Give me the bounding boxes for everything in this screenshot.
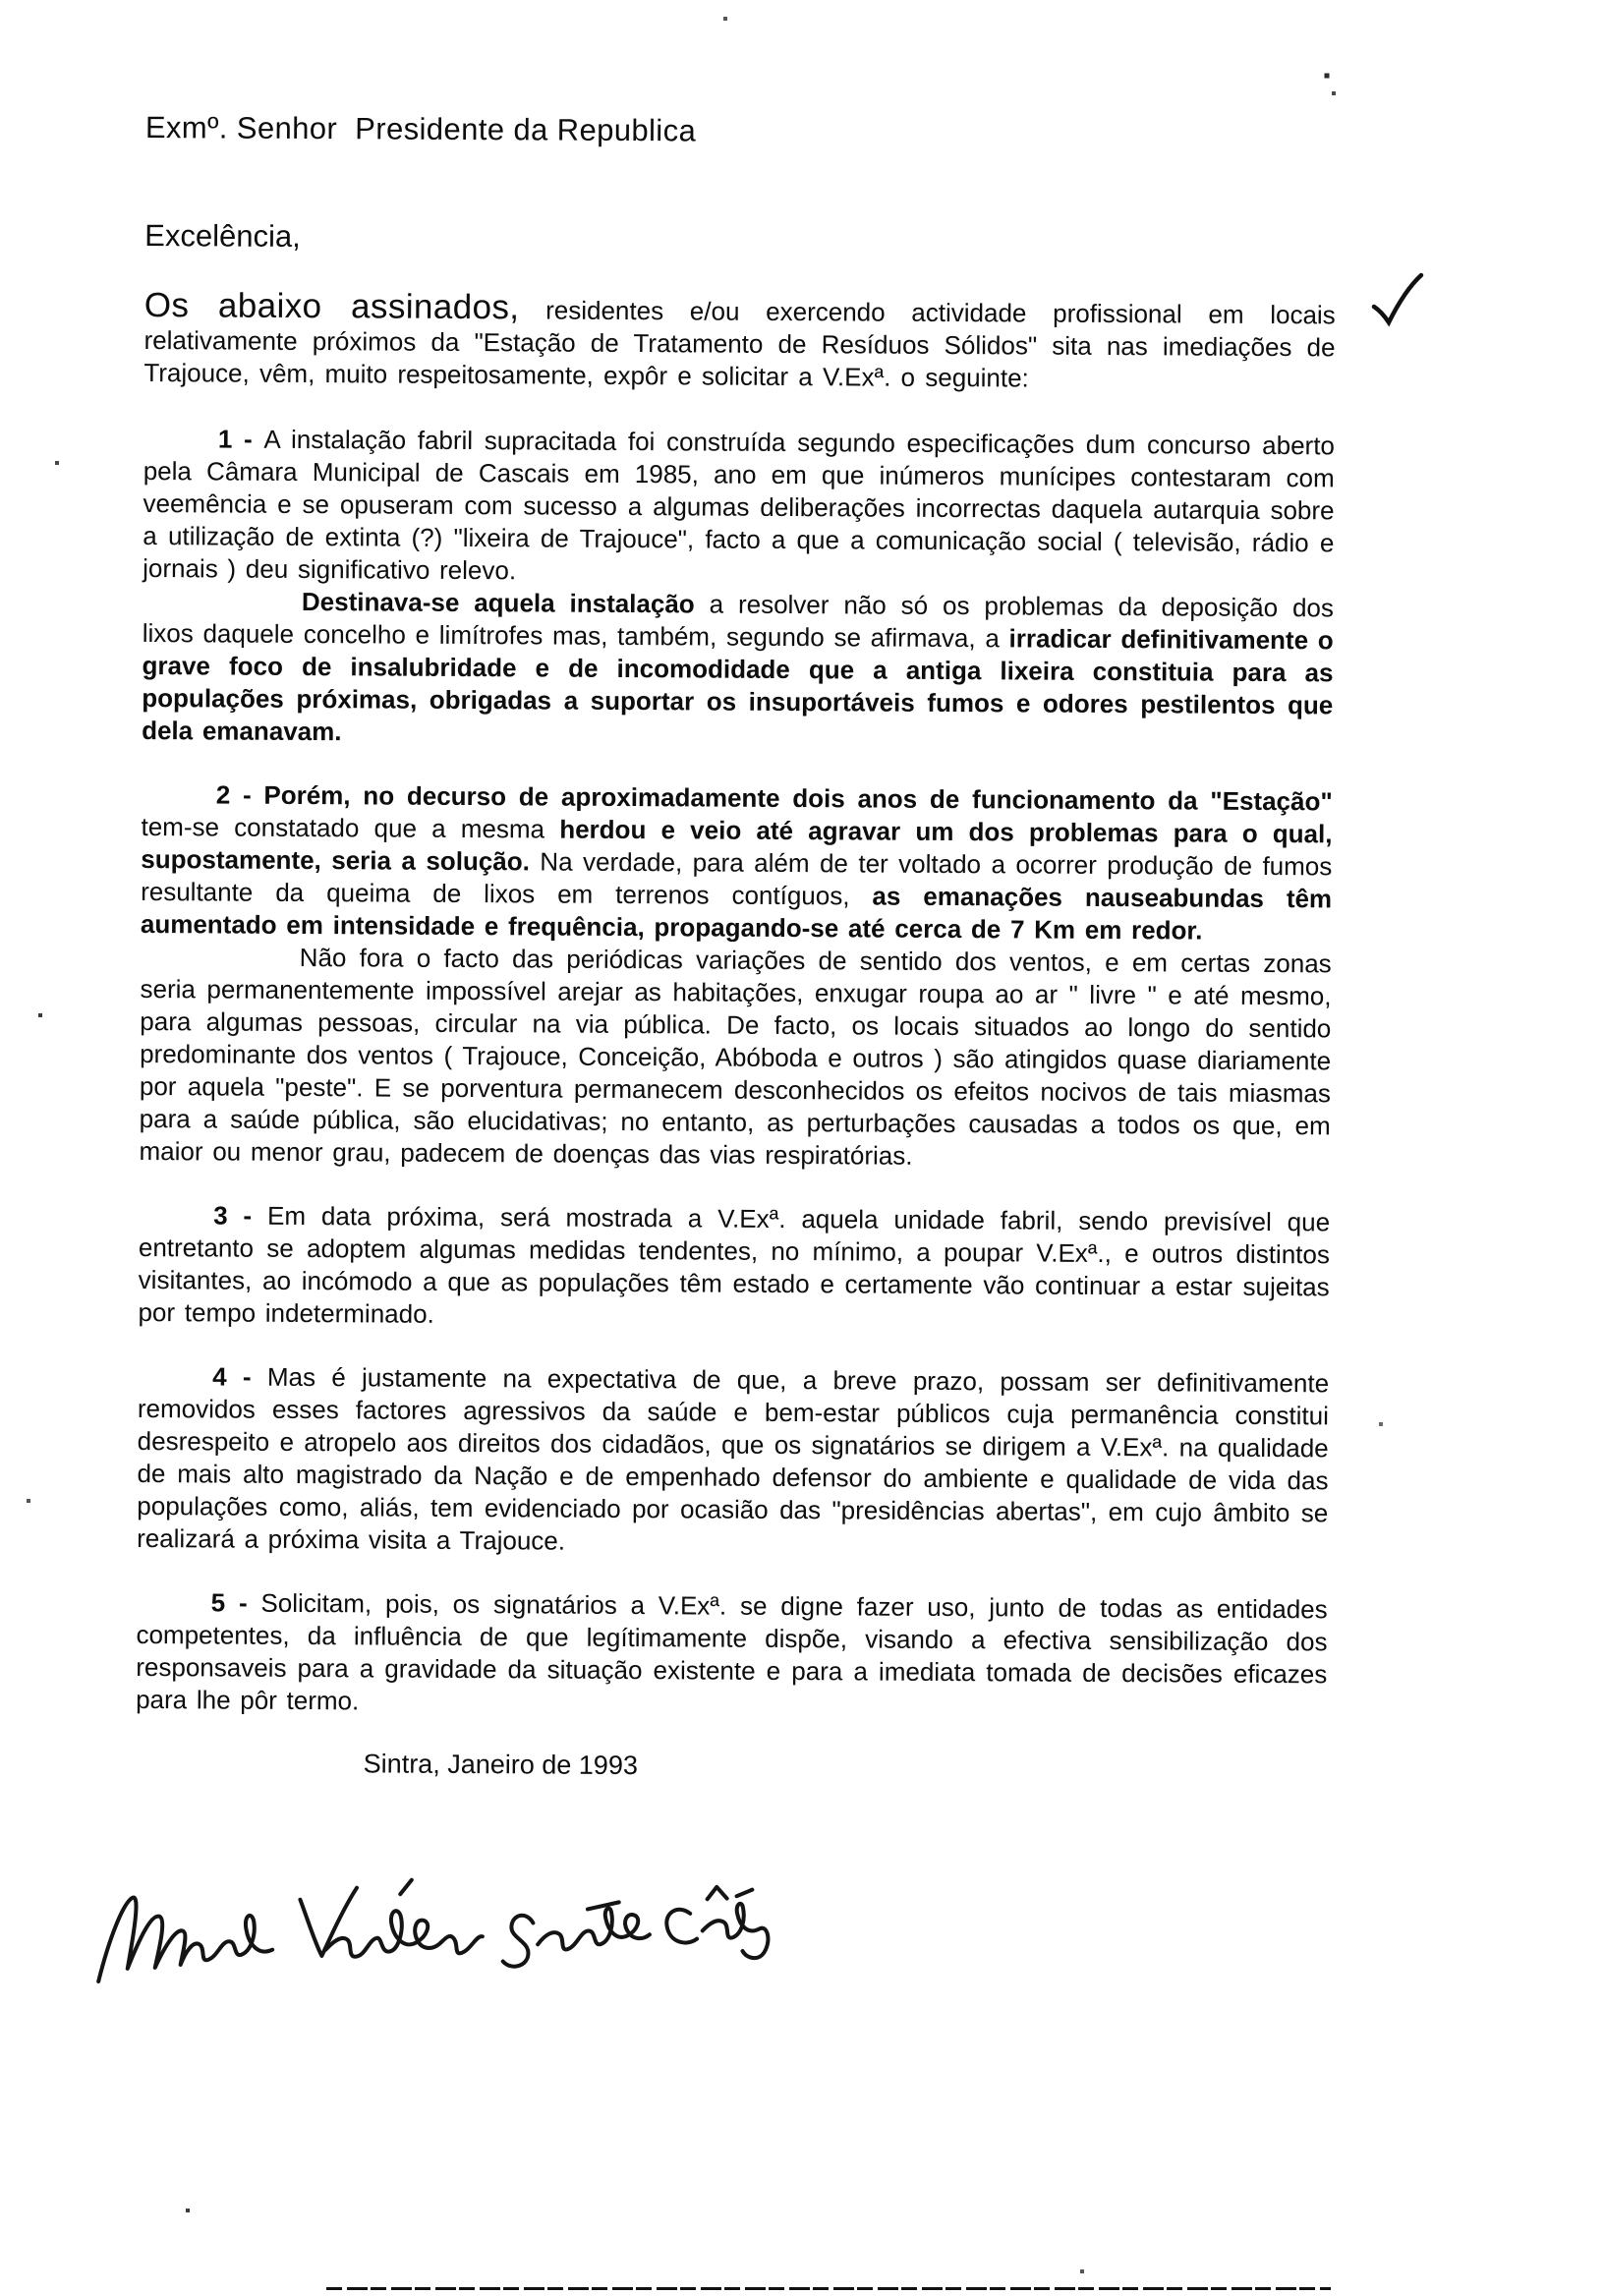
date-line: Sintra, Janeiro de 1993 (364, 1747, 1327, 1786)
handwritten-signature (86, 1818, 779, 2009)
paragraph-2b: Não fora o facto das periódicas variaçõe… (139, 941, 1331, 1175)
opening-paragraph: Os abaixo assinados, residentes e/ou exe… (143, 289, 1336, 396)
letter-body: Exmº. Senhor Presidente da Republica Exc… (136, 110, 1337, 1786)
text-segment: tem-se constatado que a mesma (141, 812, 559, 844)
paragraph-1: 1 - A instalação fabril supracitada foi … (143, 423, 1335, 592)
text-segment: Em data próxima, será mostrada a V.Exª. … (138, 1201, 1330, 1329)
handwritten-checkmark-icon (1366, 271, 1429, 334)
bold-text-segment: 1 - (218, 424, 264, 453)
paragraph-2: 2 - Porém, no decurso de aproximadamente… (141, 778, 1333, 947)
text-segment: Não fora o facto das periódicas variaçõe… (139, 943, 1331, 1171)
opening-lead: Os abaixo assinados, (144, 286, 520, 326)
paragraph-3: 3 - Em data próxima, será mostrada a V.E… (138, 1199, 1330, 1336)
paragraph-5: 5 - Solicitam, pois, os signatários a V.… (136, 1586, 1328, 1723)
scanned-letter-page: Exmº. Senhor Presidente da Republica Exc… (0, 0, 1604, 2296)
addressee-line: Exmº. Senhor Presidente da Republica (145, 110, 1337, 152)
text-segment: Solicitam, pois, os signatários a V.Exª.… (136, 1588, 1328, 1716)
salutation: Excelência, (144, 218, 1336, 260)
bold-text-segment: 3 - (213, 1200, 267, 1230)
scan-artifact-bottom-line (326, 2287, 1331, 2290)
text-segment: A instalação fabril supracitada foi cons… (143, 425, 1335, 586)
paragraph-1b: Destinava-se aquela instalação a resolve… (142, 585, 1334, 754)
text-segment: Mas é justamente na expectativa de que, … (137, 1362, 1329, 1556)
paragraph-4: 4 - Mas é justamente na expectativa de q… (137, 1360, 1329, 1562)
bold-text-segment: 4 - (212, 1361, 267, 1391)
scan-noise-specks (0, 0, 2, 2)
bold-text-segment: Destinava-se aquela instalação (302, 587, 695, 618)
bold-text-segment: 5 - (211, 1587, 261, 1617)
bold-text-segment: 2 - Porém, no decurso de aproximadamente… (216, 779, 1333, 816)
